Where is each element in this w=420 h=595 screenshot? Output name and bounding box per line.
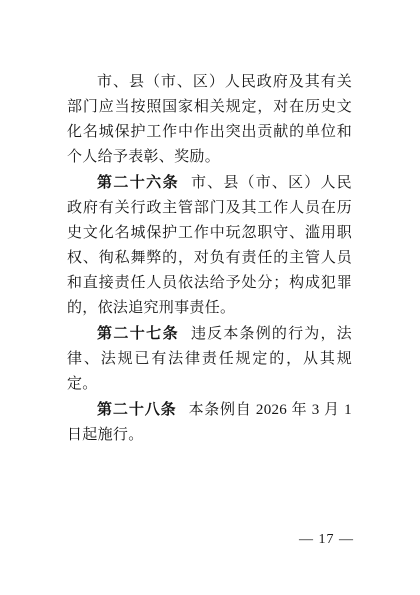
body-paragraph-awards: 市、县（市、区）人民政府及其有关部门应当按照国家相关规定，对在历史文化名城保护工… [67,70,352,170]
paragraph-text: 市、县（市、区）人民政府及其有关部门应当按照国家相关规定，对在历史文化名城保护工… [67,74,352,165]
document-body: 市、县（市、区）人民政府及其有关部门应当按照国家相关规定，对在历史文化名城保护工… [67,70,352,448]
body-paragraph-article-26: 第二十六条市、县（市、区）人民政府有关行政主管部门及其工作人员在历史文化名城保护… [67,170,352,321]
body-paragraph-article-28: 第二十八条本条例自 2026 年 3 月 1 日起施行。 [67,397,352,448]
document-page: 市、县（市、区）人民政府及其有关部门应当按照国家相关规定，对在历史文化名城保护工… [0,0,420,595]
article-27-label: 第二十七条 [97,325,179,342]
page-number: — 17 — [299,531,354,549]
body-paragraph-article-27: 第二十七条违反本条例的行为，法律、法规已有法律责任规定的，从其规定。 [67,321,352,397]
article-28-label: 第二十八条 [97,401,177,418]
paragraph-text: 市、县（市、区）人民政府有关行政主管部门及其工作人员在历史文化名城保护工作中玩忽… [67,175,352,316]
article-26-label: 第二十六条 [97,174,179,191]
